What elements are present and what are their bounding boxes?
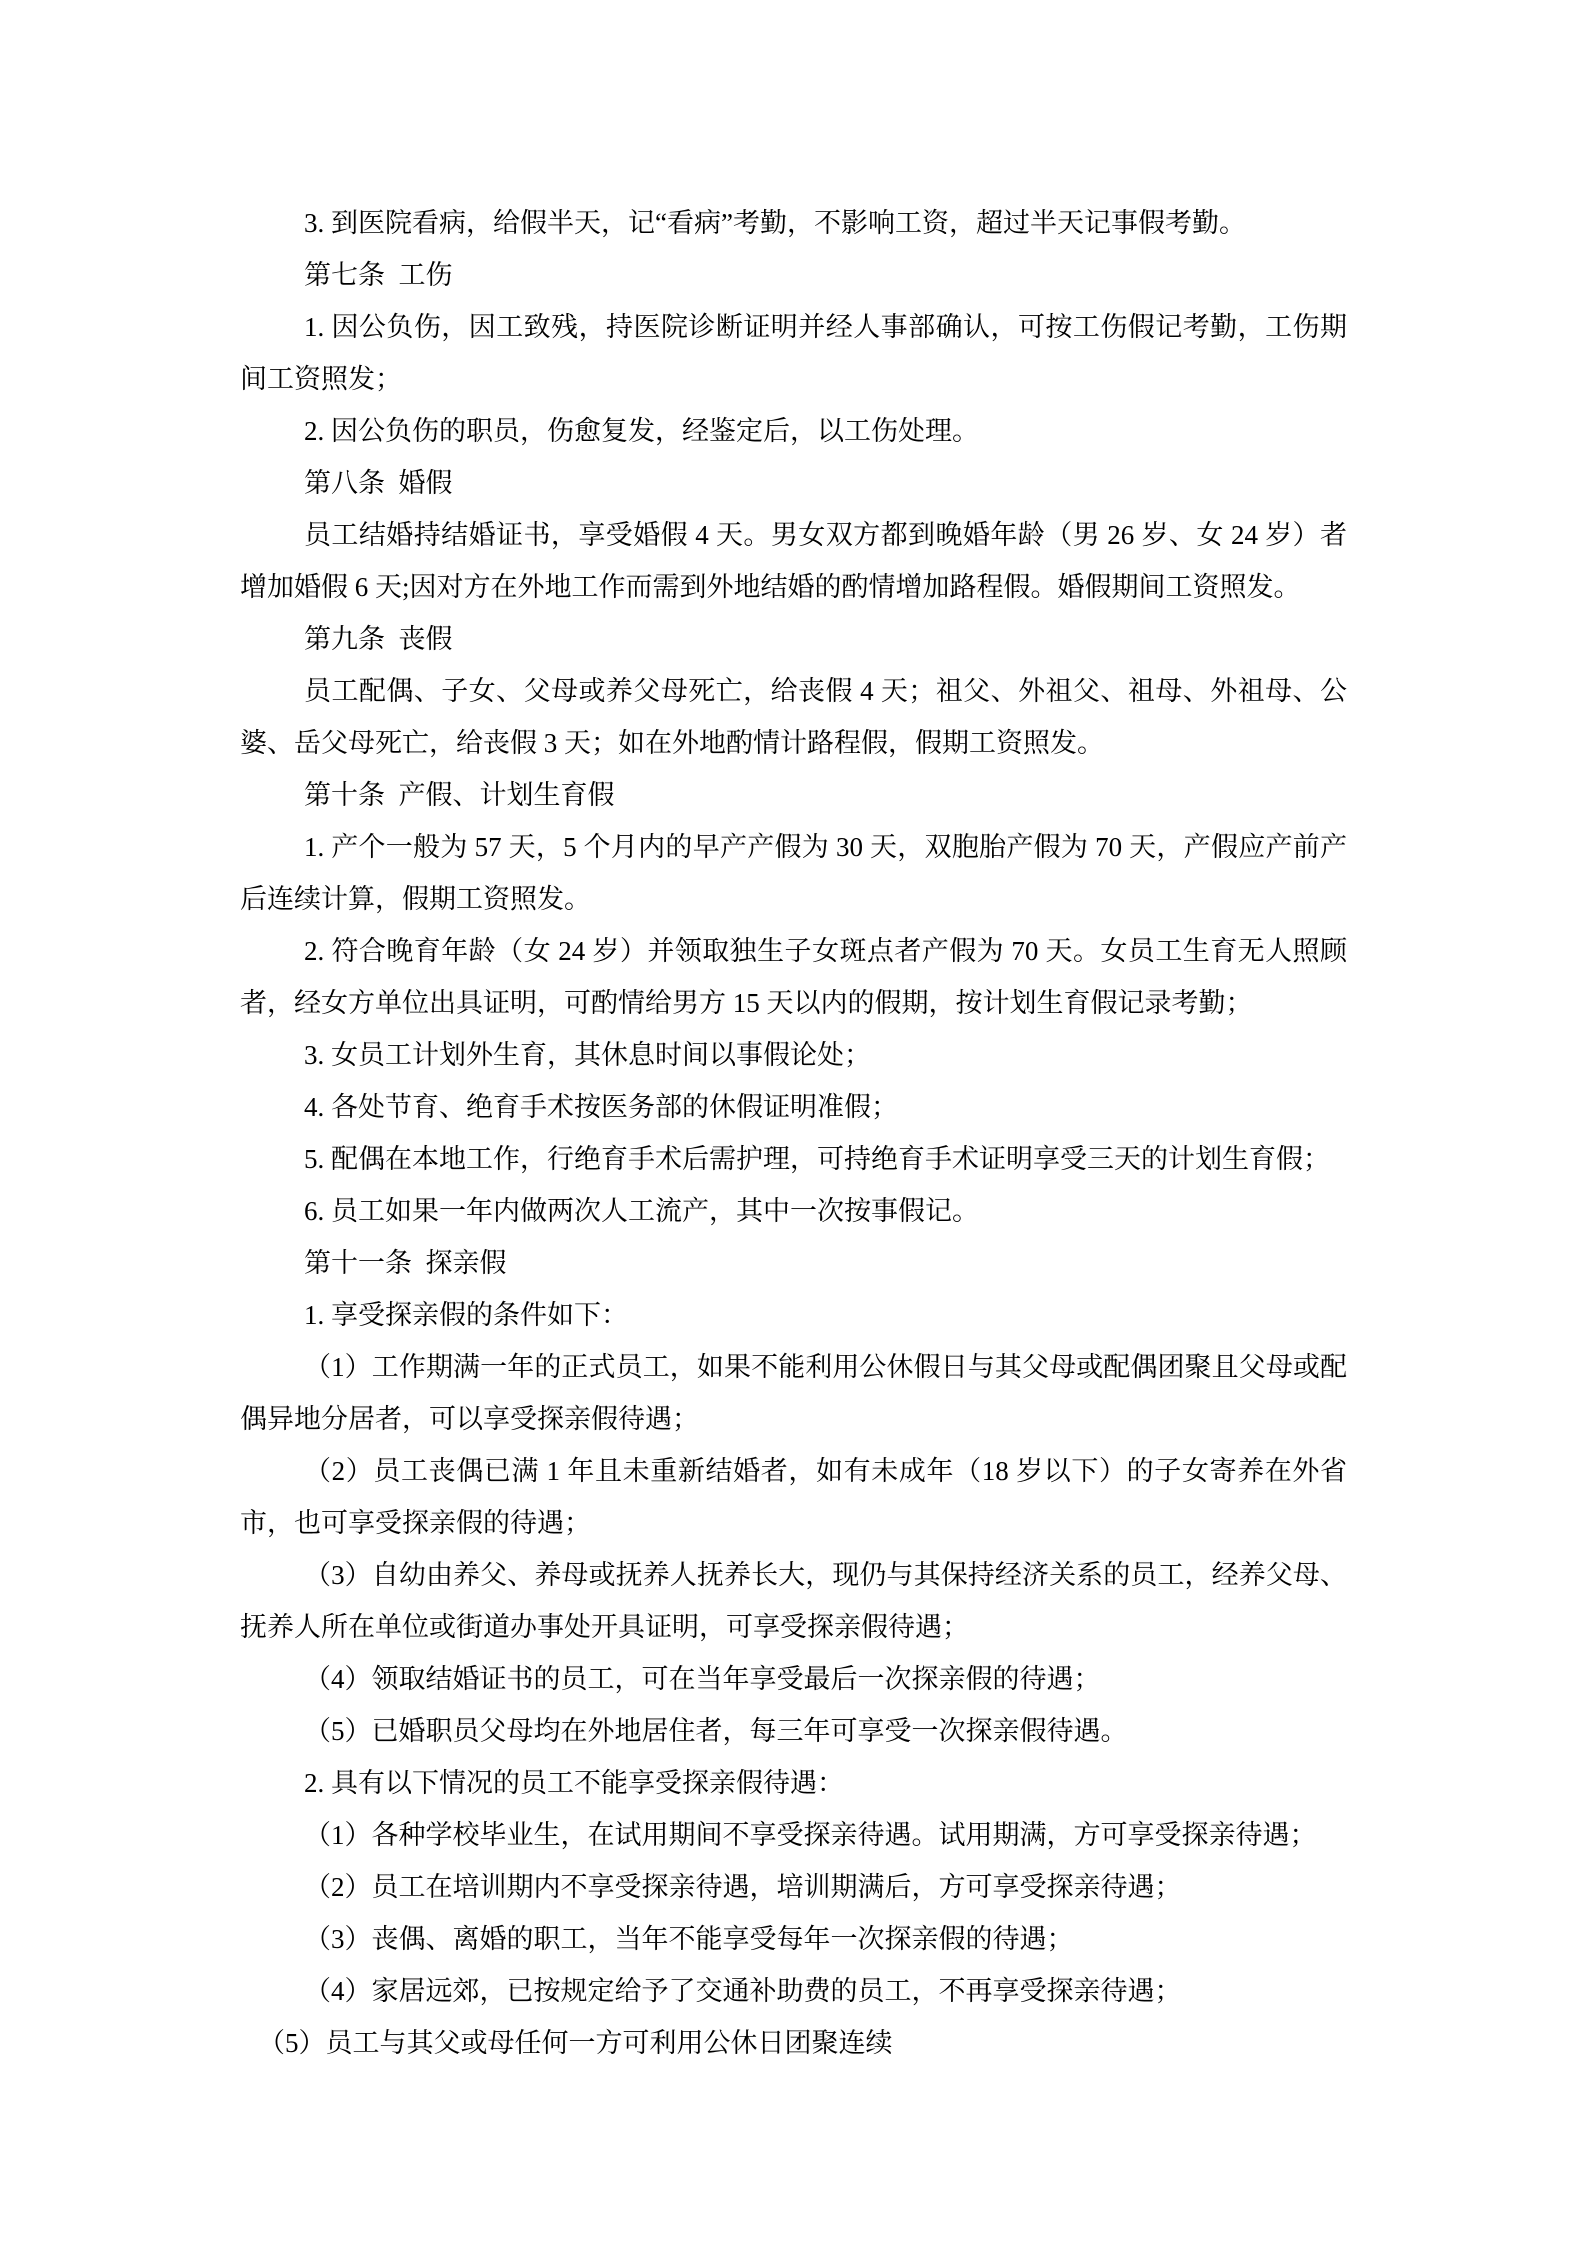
list-item: 2. 因公负伤的职员，伤愈复发，经鉴定后，以工伤处理。: [240, 405, 1347, 457]
list-item: 1. 产个一般为 57 天，5 个月内的早产产假为 30 天，双胞胎产假为 70…: [240, 821, 1347, 925]
section-heading: 第七条 工伤: [240, 249, 1347, 301]
section-heading: 第十一条 探亲假: [240, 1237, 1347, 1289]
list-item: 3. 到医院看病，给假半天，记“看病”考勤，不影响工资，超过半天记事假考勤。: [240, 197, 1347, 249]
section-heading: 第八条 婚假: [240, 457, 1347, 509]
list-item: 3. 女员工计划外生育，其休息时间以事假论处；: [240, 1029, 1347, 1081]
sub-list-item: （4）家居远郊，已按规定给予了交通补助费的员工，不再享受探亲待遇；: [240, 1965, 1347, 2017]
sub-list-item: （1）各种学校毕业生，在试用期间不享受探亲待遇。试用期满，方可享受探亲待遇；: [240, 1809, 1347, 1861]
body-paragraph: 员工配偶、子女、父母或养父母死亡，给丧假 4 天；祖父、外祖父、祖母、外祖母、公…: [240, 665, 1347, 769]
list-item: 2. 具有以下情况的员工不能享受探亲假待遇：: [240, 1757, 1347, 1809]
section-heading: 第十条 产假、计划生育假: [240, 769, 1347, 821]
sub-list-item: （4）领取结婚证书的员工，可在当年享受最后一次探亲假的待遇；: [240, 1653, 1347, 1705]
body-paragraph: 员工结婚持结婚证书，享受婚假 4 天。男女双方都到晚婚年龄（男 26 岁、女 2…: [240, 509, 1347, 613]
list-item: 6. 员工如果一年内做两次人工流产，其中一次按事假记。: [240, 1185, 1347, 1237]
sub-list-item: （3）自幼由养父、养母或抚养人抚养长大，现仍与其保持经济关系的员工，经养父母、抚…: [240, 1549, 1347, 1653]
sub-list-item: （3）丧偶、离婚的职工，当年不能享受每年一次探亲假的待遇；: [240, 1913, 1347, 1965]
section-heading: 第九条 丧假: [240, 613, 1347, 665]
list-item: 4. 各处节育、绝育手术按医务部的休假证明准假；: [240, 1081, 1347, 1133]
sub-list-item: （2）员工在培训期内不享受探亲待遇，培训期满后，方可享受探亲待遇；: [240, 1861, 1347, 1913]
sub-list-item: （2）员工丧偶已满 1 年且未重新结婚者，如有未成年（18 岁以下）的子女寄养在…: [240, 1445, 1347, 1549]
list-item: 5. 配偶在本地工作，行绝育手术后需护理，可持绝育手术证明享受三天的计划生育假；: [240, 1133, 1347, 1185]
list-item: 2. 符合晚育年龄（女 24 岁）并领取独生子女斑点者产假为 70 天。女员工生…: [240, 925, 1347, 1029]
document-page: 3. 到医院看病，给假半天，记“看病”考勤，不影响工资，超过半天记事假考勤。第七…: [0, 0, 1587, 2245]
sub-list-item: （1）工作期满一年的正式员工，如果不能利用公休假日与其父母或配偶团聚且父母或配偶…: [240, 1341, 1347, 1445]
sub-list-item: （5）员工与其父或母任何一方可利用公休日团聚连续: [240, 2017, 1347, 2069]
list-item: 1. 因公负伤，因工致残，持医院诊断证明并经人事部确认，可按工伤假记考勤，工伤期…: [240, 301, 1347, 405]
list-item: 1. 享受探亲假的条件如下：: [240, 1289, 1347, 1341]
sub-list-item: （5）已婚职员父母均在外地居住者，每三年可享受一次探亲假待遇。: [240, 1705, 1347, 1757]
document-body: 3. 到医院看病，给假半天，记“看病”考勤，不影响工资，超过半天记事假考勤。第七…: [240, 197, 1347, 2069]
